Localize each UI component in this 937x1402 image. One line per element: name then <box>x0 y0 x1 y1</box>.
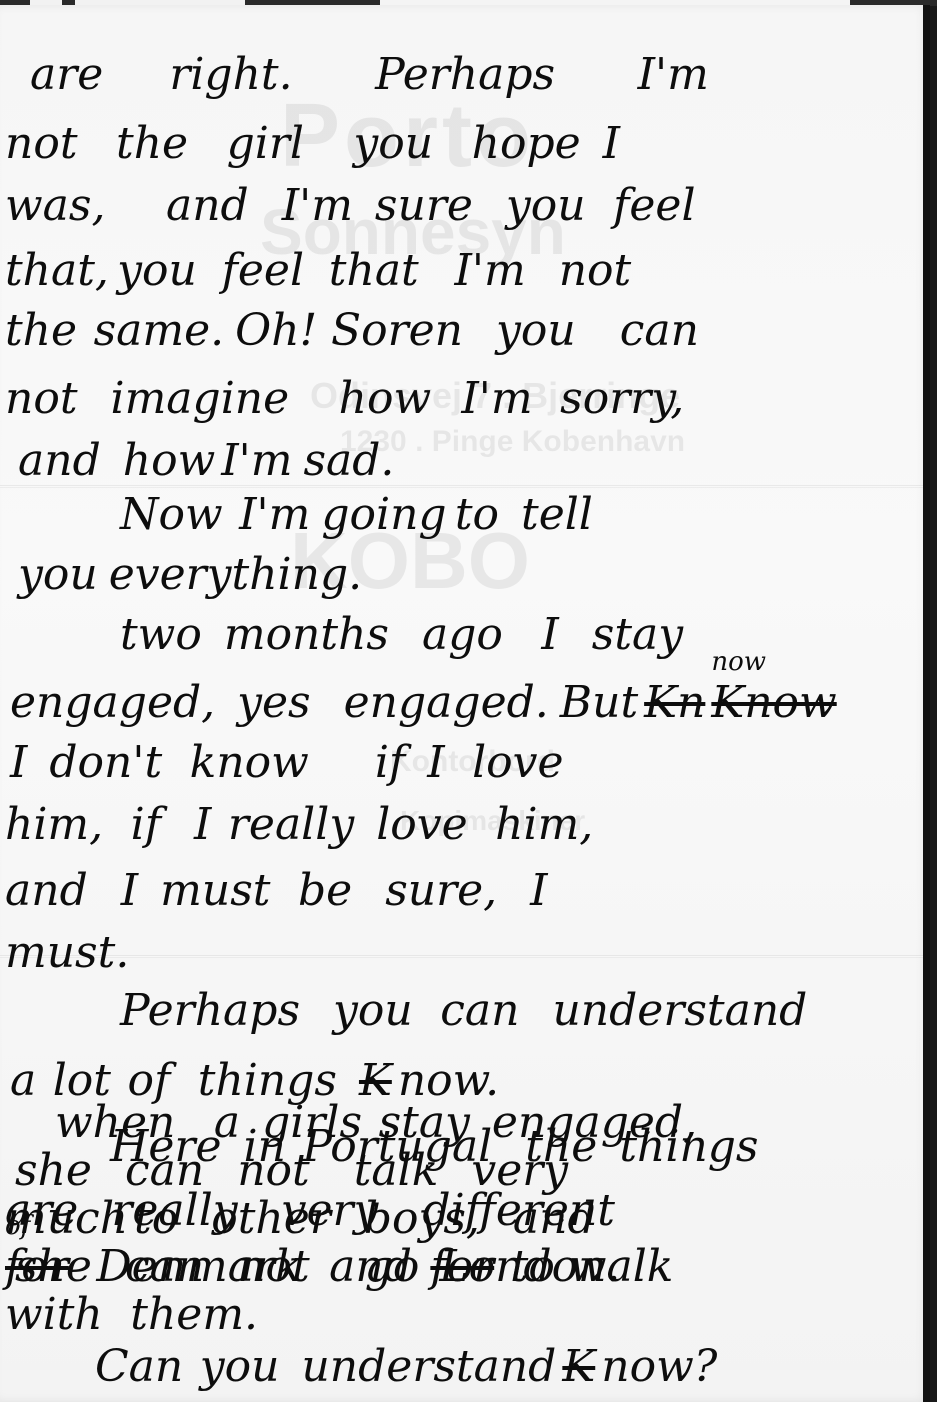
letter-word: sure <box>375 180 473 231</box>
letter-word: to <box>455 489 499 540</box>
letter-word: must. <box>5 927 129 978</box>
letter-line: Perhapsyoucanunderstand <box>120 985 807 1036</box>
letter-line: that,youfeelthatI'mnot <box>5 245 631 296</box>
inserted-word: now <box>711 647 766 677</box>
letter-word: a <box>214 1097 240 1148</box>
letter-word: I'm <box>282 180 353 231</box>
letter-word: not <box>5 118 78 169</box>
letter-word: was, <box>5 180 105 231</box>
letter-word: Soren <box>331 305 463 356</box>
letter-line: shecannotgoforto walk <box>15 1241 673 1292</box>
letter-word: feel <box>613 180 695 231</box>
letter-word: a <box>10 1055 36 1106</box>
letter-word: not <box>5 373 78 424</box>
letter-line: notthegirlyouhopeI <box>5 118 620 169</box>
letter-word: with <box>5 1289 103 1340</box>
letter-word: not <box>559 245 632 296</box>
letter-word: engaged. <box>344 677 549 728</box>
letter-word: ago <box>422 609 503 660</box>
letter-word: other <box>211 1193 331 1244</box>
letter-word: and <box>5 865 88 916</box>
letter-word: when <box>55 1097 175 1148</box>
letter-word: I <box>10 737 27 788</box>
letter-line: Idon'tknowifIlove <box>10 737 564 788</box>
letter-word: not <box>237 1145 310 1196</box>
paper-fold <box>0 955 930 958</box>
letter-word: you <box>18 549 98 600</box>
letter-line: andhowI'msad. <box>18 435 394 486</box>
letter-word: I <box>194 799 211 850</box>
letter-line: engaged,yesengaged.ButKnKnownow <box>10 677 837 728</box>
letter-word: you <box>496 305 576 356</box>
letter-word: and <box>18 435 101 486</box>
letter-word: Can <box>95 1341 183 1392</box>
letter-word: if <box>131 799 161 850</box>
letter-word: the <box>116 118 188 169</box>
letter-word: be <box>298 865 352 916</box>
letter-word: I <box>121 865 138 916</box>
letter-line: notimaginehowI'msorry, <box>5 373 684 424</box>
letter-word: can <box>125 1145 204 1196</box>
letter-line: shecannottalkvery <box>15 1145 568 1196</box>
letter-word: that <box>329 245 419 296</box>
letter-line: must. <box>5 927 129 978</box>
letter-word: engaged, <box>10 677 215 728</box>
letter-word: feel <box>222 245 304 296</box>
letter-word: I <box>541 609 558 660</box>
letter-word: them. <box>130 1289 258 1340</box>
letter-word: tell <box>521 489 593 540</box>
letter-word: Perhaps <box>120 985 300 1036</box>
letter-word: yes <box>237 677 310 728</box>
letter-line: youeverything. <box>18 549 362 600</box>
letter-word: she <box>15 1145 92 1196</box>
letter-word: him, <box>495 799 593 850</box>
letter-word: she <box>15 1241 92 1292</box>
letter-word: I'm <box>239 489 310 540</box>
letter-word: everything. <box>109 549 362 600</box>
letter-word: the <box>5 305 77 356</box>
letter-line: withthem. <box>5 1289 258 1340</box>
letter-word: I <box>530 865 547 916</box>
letter-word: I'm <box>461 373 532 424</box>
letter-line: NowI'mgoingtotell <box>120 489 593 540</box>
letter-word: and <box>513 1193 596 1244</box>
letter-word: boys, <box>364 1193 480 1244</box>
letter-word: to <box>134 1193 178 1244</box>
letter-word: can <box>125 1241 204 1292</box>
letter-word: must <box>160 865 270 916</box>
letter-page: Porto Sonnesyn Odinsvej 7 . Bjerringe 12… <box>0 5 930 1402</box>
crossed-out-word: K <box>562 1341 595 1392</box>
letter-word: don't <box>49 737 162 788</box>
letter-word: sad. <box>303 435 394 486</box>
letter-word: same. <box>94 305 225 356</box>
crossed-out-word: Knownow <box>711 677 836 728</box>
letter-word: now? <box>601 1341 717 1392</box>
letter-word: can <box>440 985 519 1036</box>
letter-word: girls <box>262 1097 362 1148</box>
letter-word: and <box>166 180 249 231</box>
letter-word: Perhaps <box>375 49 555 100</box>
letter-word: how <box>123 435 216 486</box>
letter-word: love <box>472 737 563 788</box>
letter-word: you <box>506 180 586 231</box>
letter-word: sorry, <box>560 373 684 424</box>
letter-word: know <box>190 737 309 788</box>
letter-line: thesame.Oh!Sorenyoucan <box>5 305 699 356</box>
letter-word: going <box>321 489 446 540</box>
letter-word: go <box>365 1241 420 1292</box>
letter-line: whenagirlsstayengaged, <box>55 1097 697 1148</box>
letter-word: are <box>30 49 103 100</box>
letter-line: andImustbesure,I <box>5 865 548 916</box>
letter-word: I'm <box>221 435 292 486</box>
letter-line: him,ifIreallylovehim, <box>5 799 593 850</box>
letter-word: Now <box>120 489 223 540</box>
letter-word: I <box>603 118 620 169</box>
letter-word: But <box>560 677 638 728</box>
letter-word: how <box>339 373 432 424</box>
letter-word: you <box>117 245 197 296</box>
crossed-out-word: Kn <box>644 677 705 728</box>
letter-word: to walk <box>511 1241 674 1292</box>
letter-line: twomonthsagoIstay <box>120 609 683 660</box>
letter-word: talk <box>354 1145 439 1196</box>
letter-word: stay <box>592 609 683 660</box>
letter-word: you <box>200 1341 280 1392</box>
letter-word: very <box>471 1145 568 1196</box>
letter-word: stay <box>379 1097 470 1148</box>
letter-word: can <box>620 305 699 356</box>
letter-line: was,andI'msureyoufeel <box>5 180 696 231</box>
letter-line: CanyouunderstandKnow? <box>95 1341 717 1392</box>
letter-word: if <box>375 737 405 788</box>
letter-word: right. <box>169 49 292 100</box>
letter-word: not <box>237 1241 310 1292</box>
letter-word: really <box>228 799 354 850</box>
letter-word: understand <box>552 985 807 1036</box>
letter-word: girl <box>227 118 304 169</box>
letter-line: areright.PerhapsI'm <box>30 49 709 100</box>
letter-word: Oh! <box>235 305 317 356</box>
letter-word: I'm <box>638 49 709 100</box>
letter-word: much <box>5 1193 128 1244</box>
crossed-out-word: for <box>430 1241 494 1292</box>
letter-word: hope <box>472 118 581 169</box>
letter-word: sure, <box>385 865 497 916</box>
letter-word: I'm <box>454 245 525 296</box>
letter-line: muchtootherboys,and <box>5 1193 596 1244</box>
letter-word: engaged, <box>492 1097 697 1148</box>
letter-word: months <box>224 609 389 660</box>
letter-word: you <box>333 985 413 1036</box>
letter-word: that, <box>5 245 109 296</box>
letter-word: understand <box>301 1341 556 1392</box>
letter-word: love <box>376 799 467 850</box>
letter-word: two <box>120 609 202 660</box>
letter-word: you <box>353 118 433 169</box>
letter-word: imagine <box>111 373 290 424</box>
letter-word: I <box>427 737 444 788</box>
letter-word: him, <box>5 799 103 850</box>
